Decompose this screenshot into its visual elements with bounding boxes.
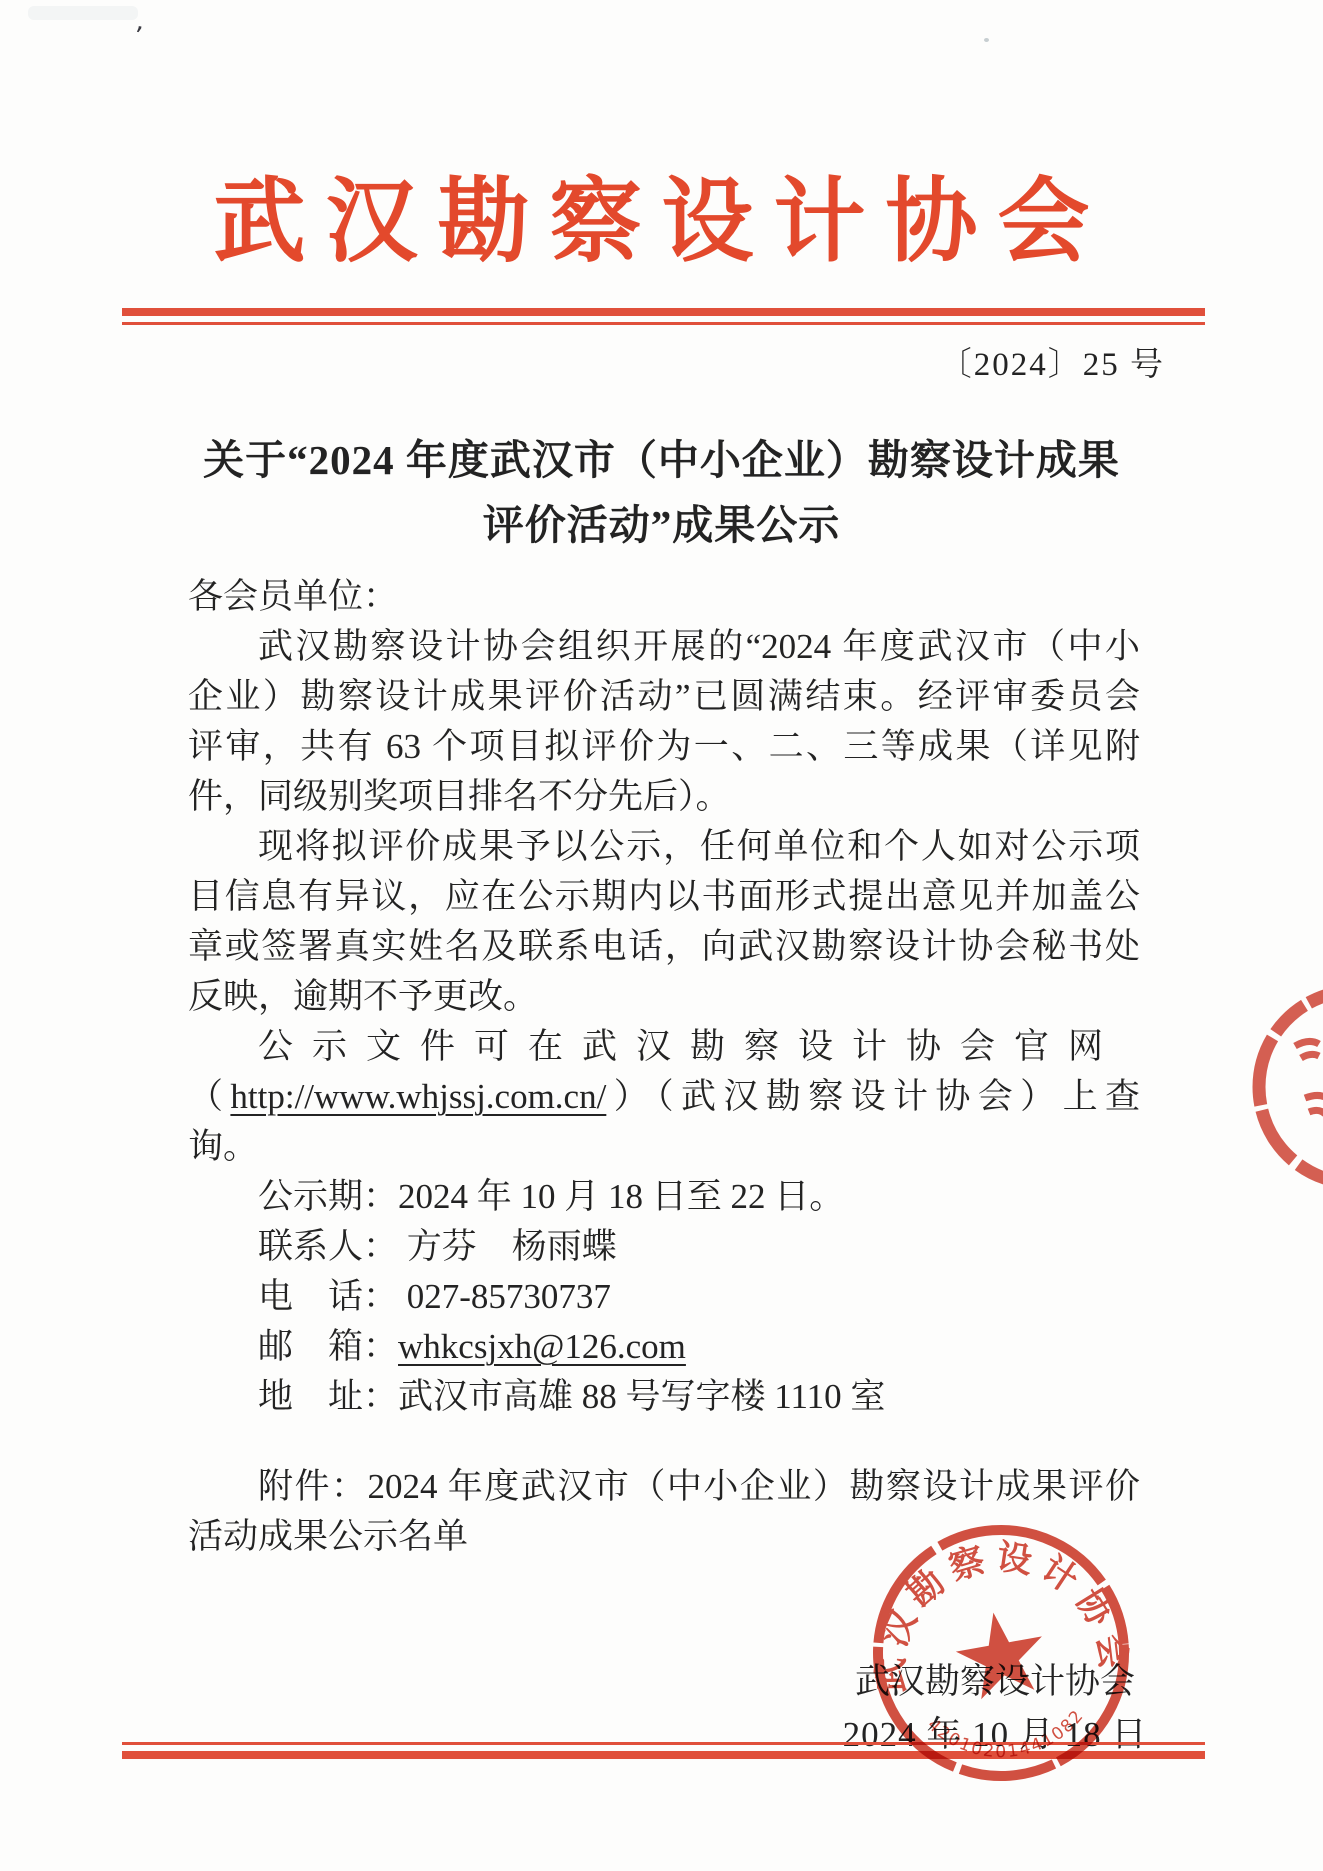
body-line: （http://www.whjssj.com.cn/）（武汉勘察设计协会）上查 [188,1072,1140,1122]
doc-title-line1: 关于“2024 年度武汉市（中小企业）勘察设计成果 [0,428,1323,493]
body-line: 目信息有异议，应在公示期内以书面形式提出意见并加盖公 [188,872,1140,922]
body-line: 件，同级别奖项目排名不分先后）。 [188,772,1140,822]
text-run: 件，同级别奖项目排名不分先后）。 [188,777,731,816]
doc-title-line2: 评价活动”成果公示 [0,493,1323,558]
scan-smudge [28,6,138,20]
text-run: （ [188,1077,230,1116]
doc-title: 关于“2024 年度武汉市（中小企业）勘察设计成果 评价活动”成果公示 [0,428,1323,558]
text-run: 公示期：2024 年 10 月 18 日至 22 日。 [258,1177,844,1216]
body-line: 评审，共有 63 个项目拟评价为一、二、三等成果（详见附 [188,722,1140,772]
body-line: 联系人： 方芬 杨雨蝶 [188,1222,1140,1272]
body-line: 邮 箱：whkcsjxh@126.com [188,1322,1140,1372]
body-line: 地 址：武汉市高雄 88 号写字楼 1110 室 [188,1372,1140,1422]
underlined-text: whkcsjxh@126.com [398,1327,686,1366]
text-run: 地 址：武汉市高雄 88 号写字楼 1110 室 [258,1377,885,1416]
text-run: 附件：2024 年度武汉市（中小企业）勘察设计成果评价 [258,1467,1140,1506]
body-line: 公示期：2024 年 10 月 18 日至 22 日。 [188,1172,1140,1222]
text-run: 企业）勘察设计成果评价活动”已圆满结束。经评审委员会 [188,677,1140,716]
partial-seal [1243,980,1323,1200]
body-line: 章或签署真实姓名及联系电话，向武汉勘察设计协会秘书处 [188,922,1140,972]
scan-dot [984,38,989,42]
body-line: 各会员单位： [188,572,1140,622]
body-line: 公示文件可在武汉勘察设计协会官网 [188,1022,1140,1072]
underlined-text: http://www.whjssj.com.cn/ [230,1077,606,1116]
body-line: 企业）勘察设计成果评价活动”已圆满结束。经评审委员会 [188,672,1140,722]
text-run: 邮 箱： [258,1327,398,1366]
letterhead-org-name: 武汉勘察设计协会 [0,148,1323,280]
header-rule-thin [122,322,1205,325]
doc-number: 〔2024〕25 号 [122,338,1165,385]
partial-seal-glyph [1295,1041,1319,1058]
text-run: 武汉勘察设计协会组织开展的“2024 年度武汉市（中小 [258,627,1140,666]
partial-seal-ring [1259,991,1323,1183]
body-lines: 各会员单位：武汉勘察设计协会组织开展的“2024 年度武汉市（中小企业）勘察设计… [188,572,1140,1562]
text-run: 公示文件可在武汉勘察设计协会官网 [258,1027,1122,1066]
seal-star [950,1605,1051,1702]
scan-mark: ’ [132,22,144,53]
partial-seal-glyph [1305,1095,1323,1114]
text-run: 目信息有异议，应在公示期内以书面形式提出意见并加盖公 [188,877,1140,916]
text-run: ）（武汉勘察设计协会）上查 [606,1077,1140,1116]
body-line: 询。 [188,1122,1140,1172]
body-line: 附件：2024 年度武汉市（中小企业）勘察设计成果评价 [188,1462,1140,1512]
body-line: 现将拟评价成果予以公示，任何单位和个人如对公示项 [188,822,1140,872]
text-run: 询。 [188,1127,258,1166]
official-seal: 武汉勘察设计协会 42010201441082 [864,1516,1138,1790]
header-rule-thick [122,308,1205,316]
text-run: 电 话： 027-85730737 [258,1277,611,1316]
text-run: 联系人： 方芬 杨雨蝶 [258,1227,617,1266]
text-run: 评审，共有 63 个项目拟评价为一、二、三等成果（详见附 [188,727,1140,766]
text-run: 现将拟评价成果予以公示，任何单位和个人如对公示项 [258,827,1140,866]
text-run: 章或签署真实姓名及联系电话，向武汉勘察设计协会秘书处 [188,927,1140,966]
text-run: 活动成果公示名单 [188,1517,468,1556]
text-run: 各会员单位： [188,577,398,616]
body-line: 电 话： 027-85730737 [188,1272,1140,1322]
text-run: 反映，逾期不予更改。 [188,977,538,1016]
body-line: 武汉勘察设计协会组织开展的“2024 年度武汉市（中小 [188,622,1140,672]
document-page: ’ 武汉勘察设计协会 〔2024〕25 号 关于“2024 年度武汉市（中小企业… [0,0,1323,1871]
body-line: 反映，逾期不予更改。 [188,972,1140,1022]
